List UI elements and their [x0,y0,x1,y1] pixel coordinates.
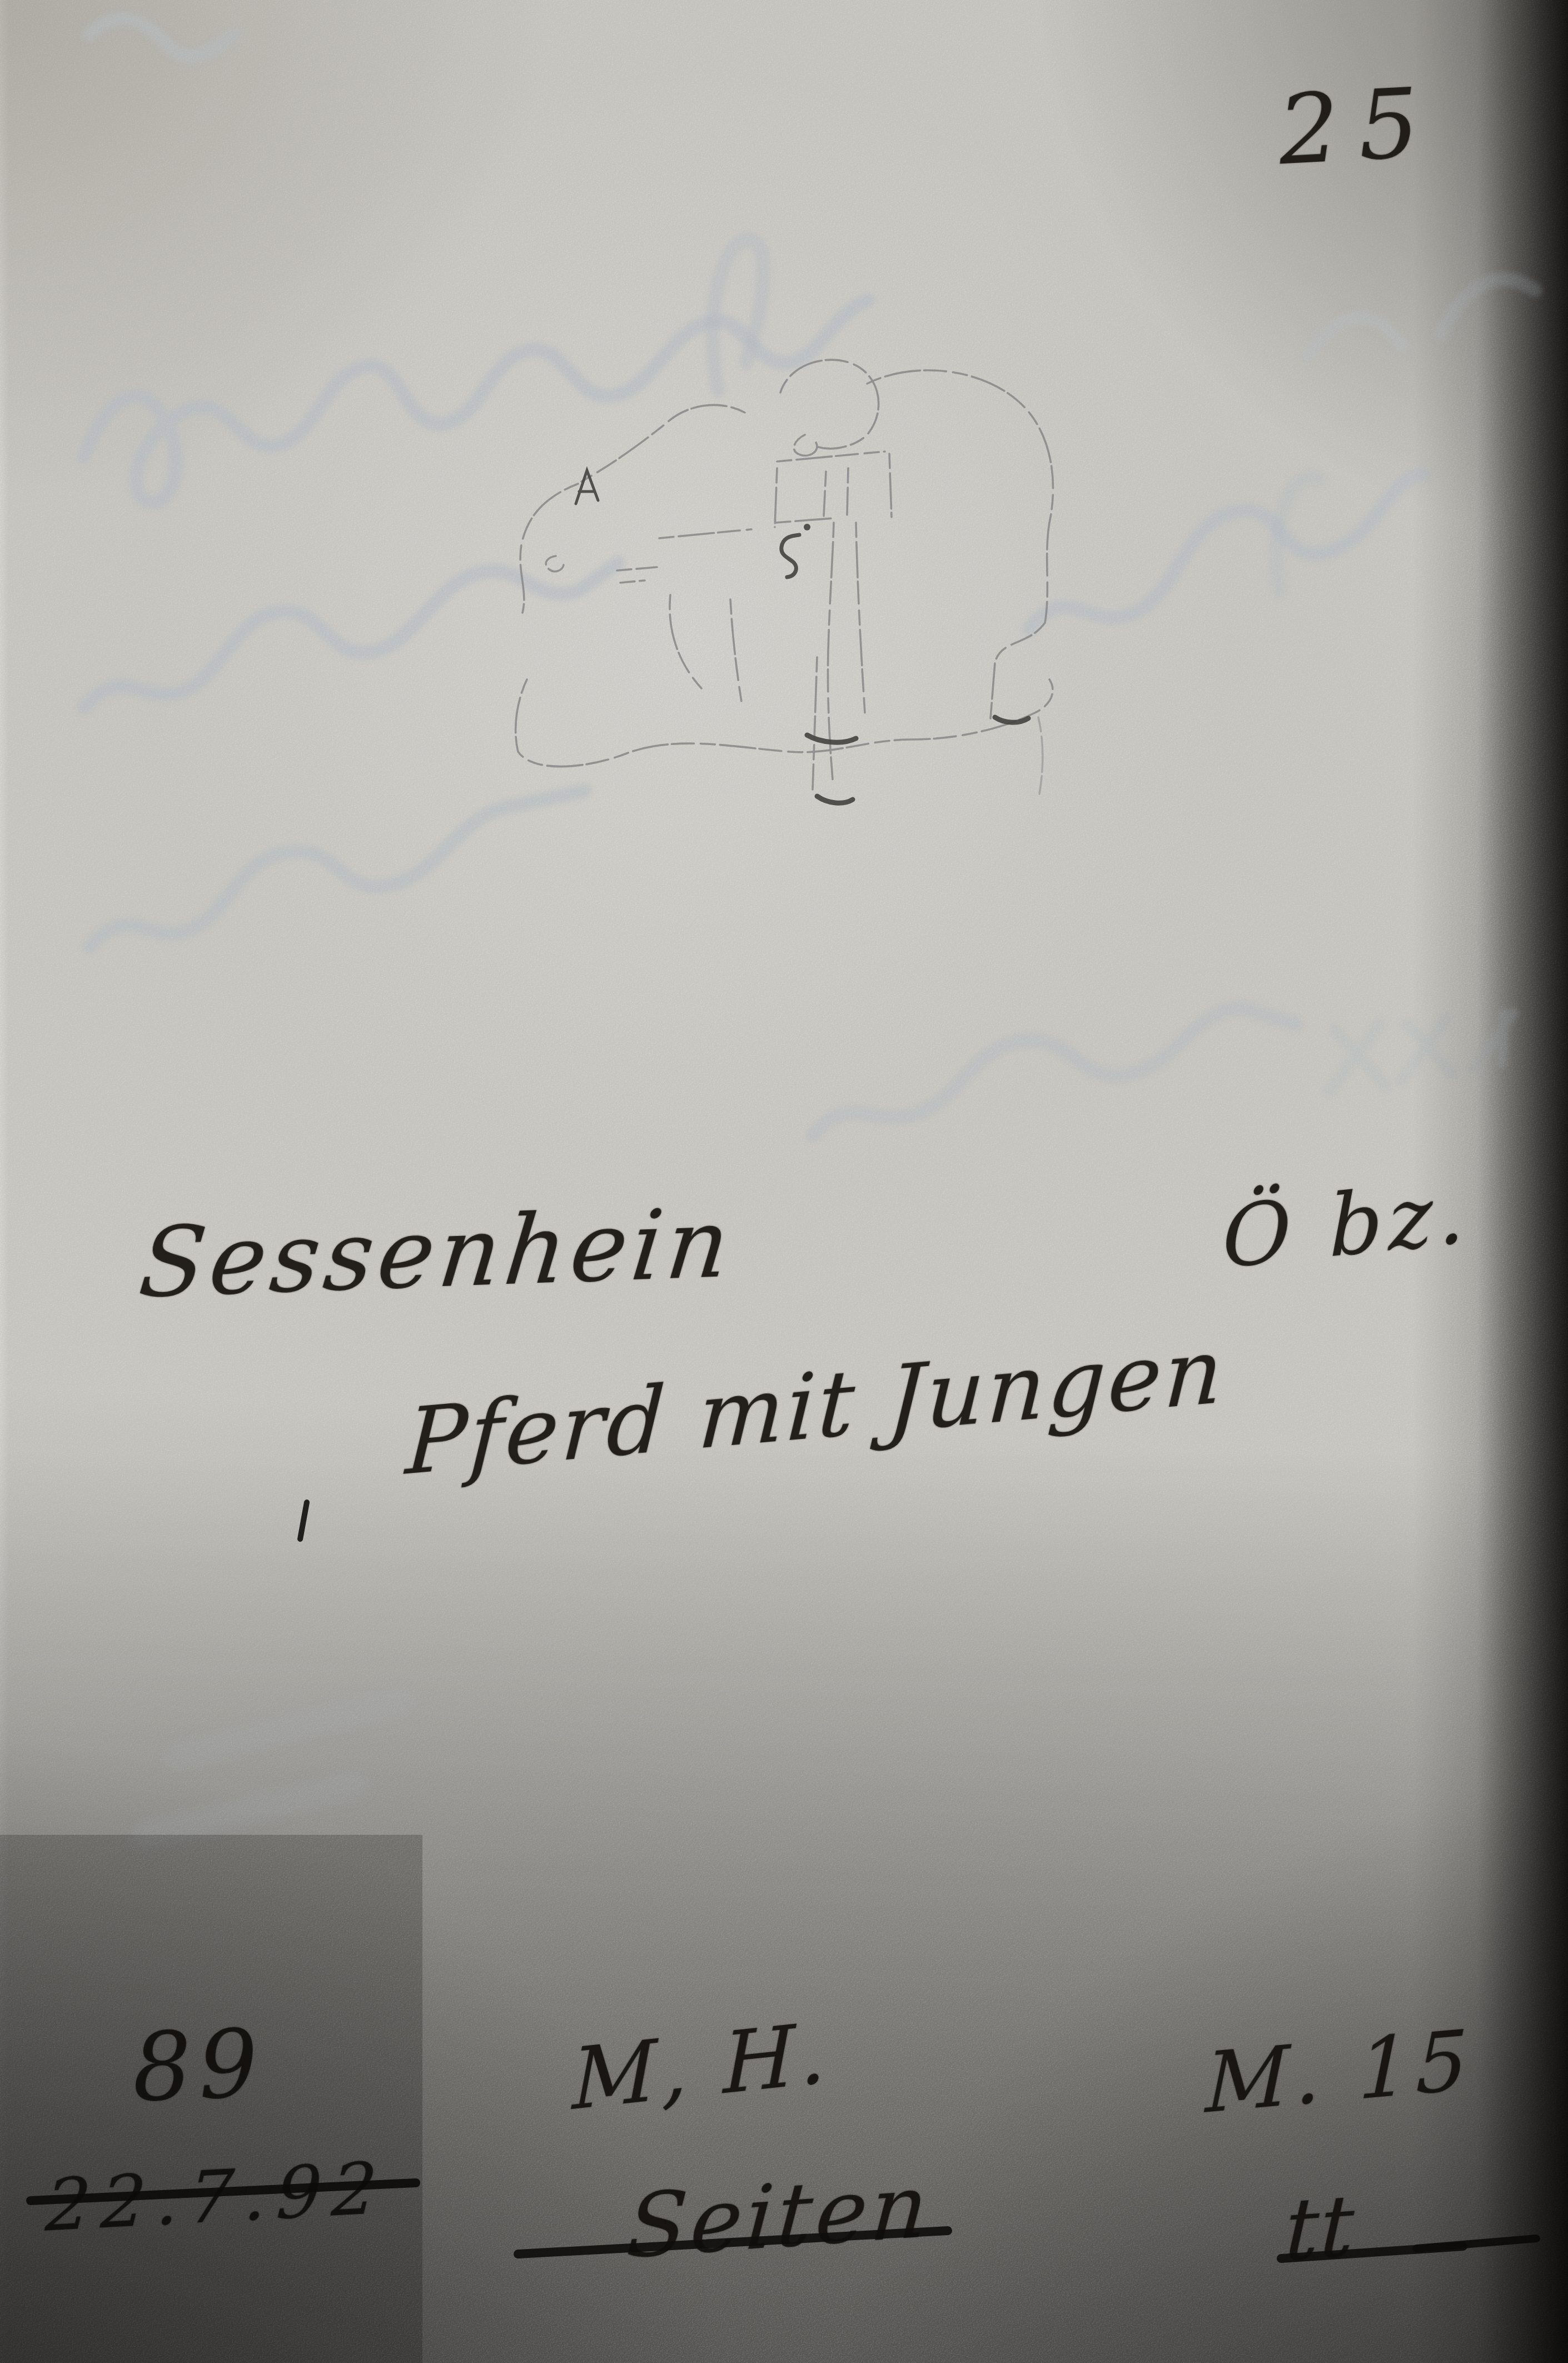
sketch-a-mark [576,470,598,504]
sketch-base-tail-stroke [1038,717,1043,794]
footer-price: M. 15 [1205,2019,1475,2125]
entry-annotation-handwriting: Ö bz. [1222,1170,1470,1281]
ghost-writing-group [83,19,1535,1835]
footer-size-code: M, H. [572,2011,830,2122]
entry-title-handwriting: Sessenhein [135,1195,738,1312]
dash-after-mark [1416,2238,1536,2248]
ghost-writing-stroke [1307,279,1535,357]
sketch-foal-muzzle-stroke [794,435,817,455]
sketch-foal-leg-stroke [813,523,865,790]
sketch-foot-marks [807,717,1028,803]
sketch-dark-accents [576,470,1028,803]
ghost-writing-stroke [84,563,618,707]
horse-with-foal-sketch [516,360,1053,803]
sketch-small-loop-stroke [546,556,564,572]
ghost-writing-stroke [813,1007,1296,1135]
sketch-mare-back-stroke [867,370,1053,718]
stray-ink-flick [300,1502,307,1539]
ghost-numeral-strokes [1330,1013,1513,1091]
ghost-writing-stroke [1029,474,1424,629]
sketch-left-contour-stroke [520,484,578,613]
sketch-base-stroke [516,679,1053,767]
sketch-inner-lines-stroke [617,529,751,583]
ghost-writing-stroke [713,240,764,390]
ghost-smudge [145,1701,400,1835]
ghost-writing-stroke [1277,478,1318,590]
ghost-writing-stroke [89,19,235,57]
sketch-left-body-stroke [581,405,745,481]
ghost-writing-stroke [83,300,868,503]
sketch-figure-five-mark [781,535,799,577]
footer-inventory-number: 89 [131,2017,266,2115]
sketch-foal-head-stroke [780,360,879,449]
ghost-writing-stroke [90,791,585,946]
footer-crossed-mark: tt [1283,2183,1356,2273]
page-number: 25 [1276,75,1440,179]
sketch-blanket-stroke [775,451,892,527]
footer-crossed-word: Seiten [624,2162,934,2271]
footer-crossed-date: 22.7.92 [44,2153,389,2242]
entry-subtitle-handwriting: Pferd mit Jungen [404,1325,1227,1488]
notebook-page-scan: 25 Sessenhein Ö bz. Pferd mit Jungen 89 … [0,0,1568,2363]
sketch-left-leg-stroke [670,595,741,702]
